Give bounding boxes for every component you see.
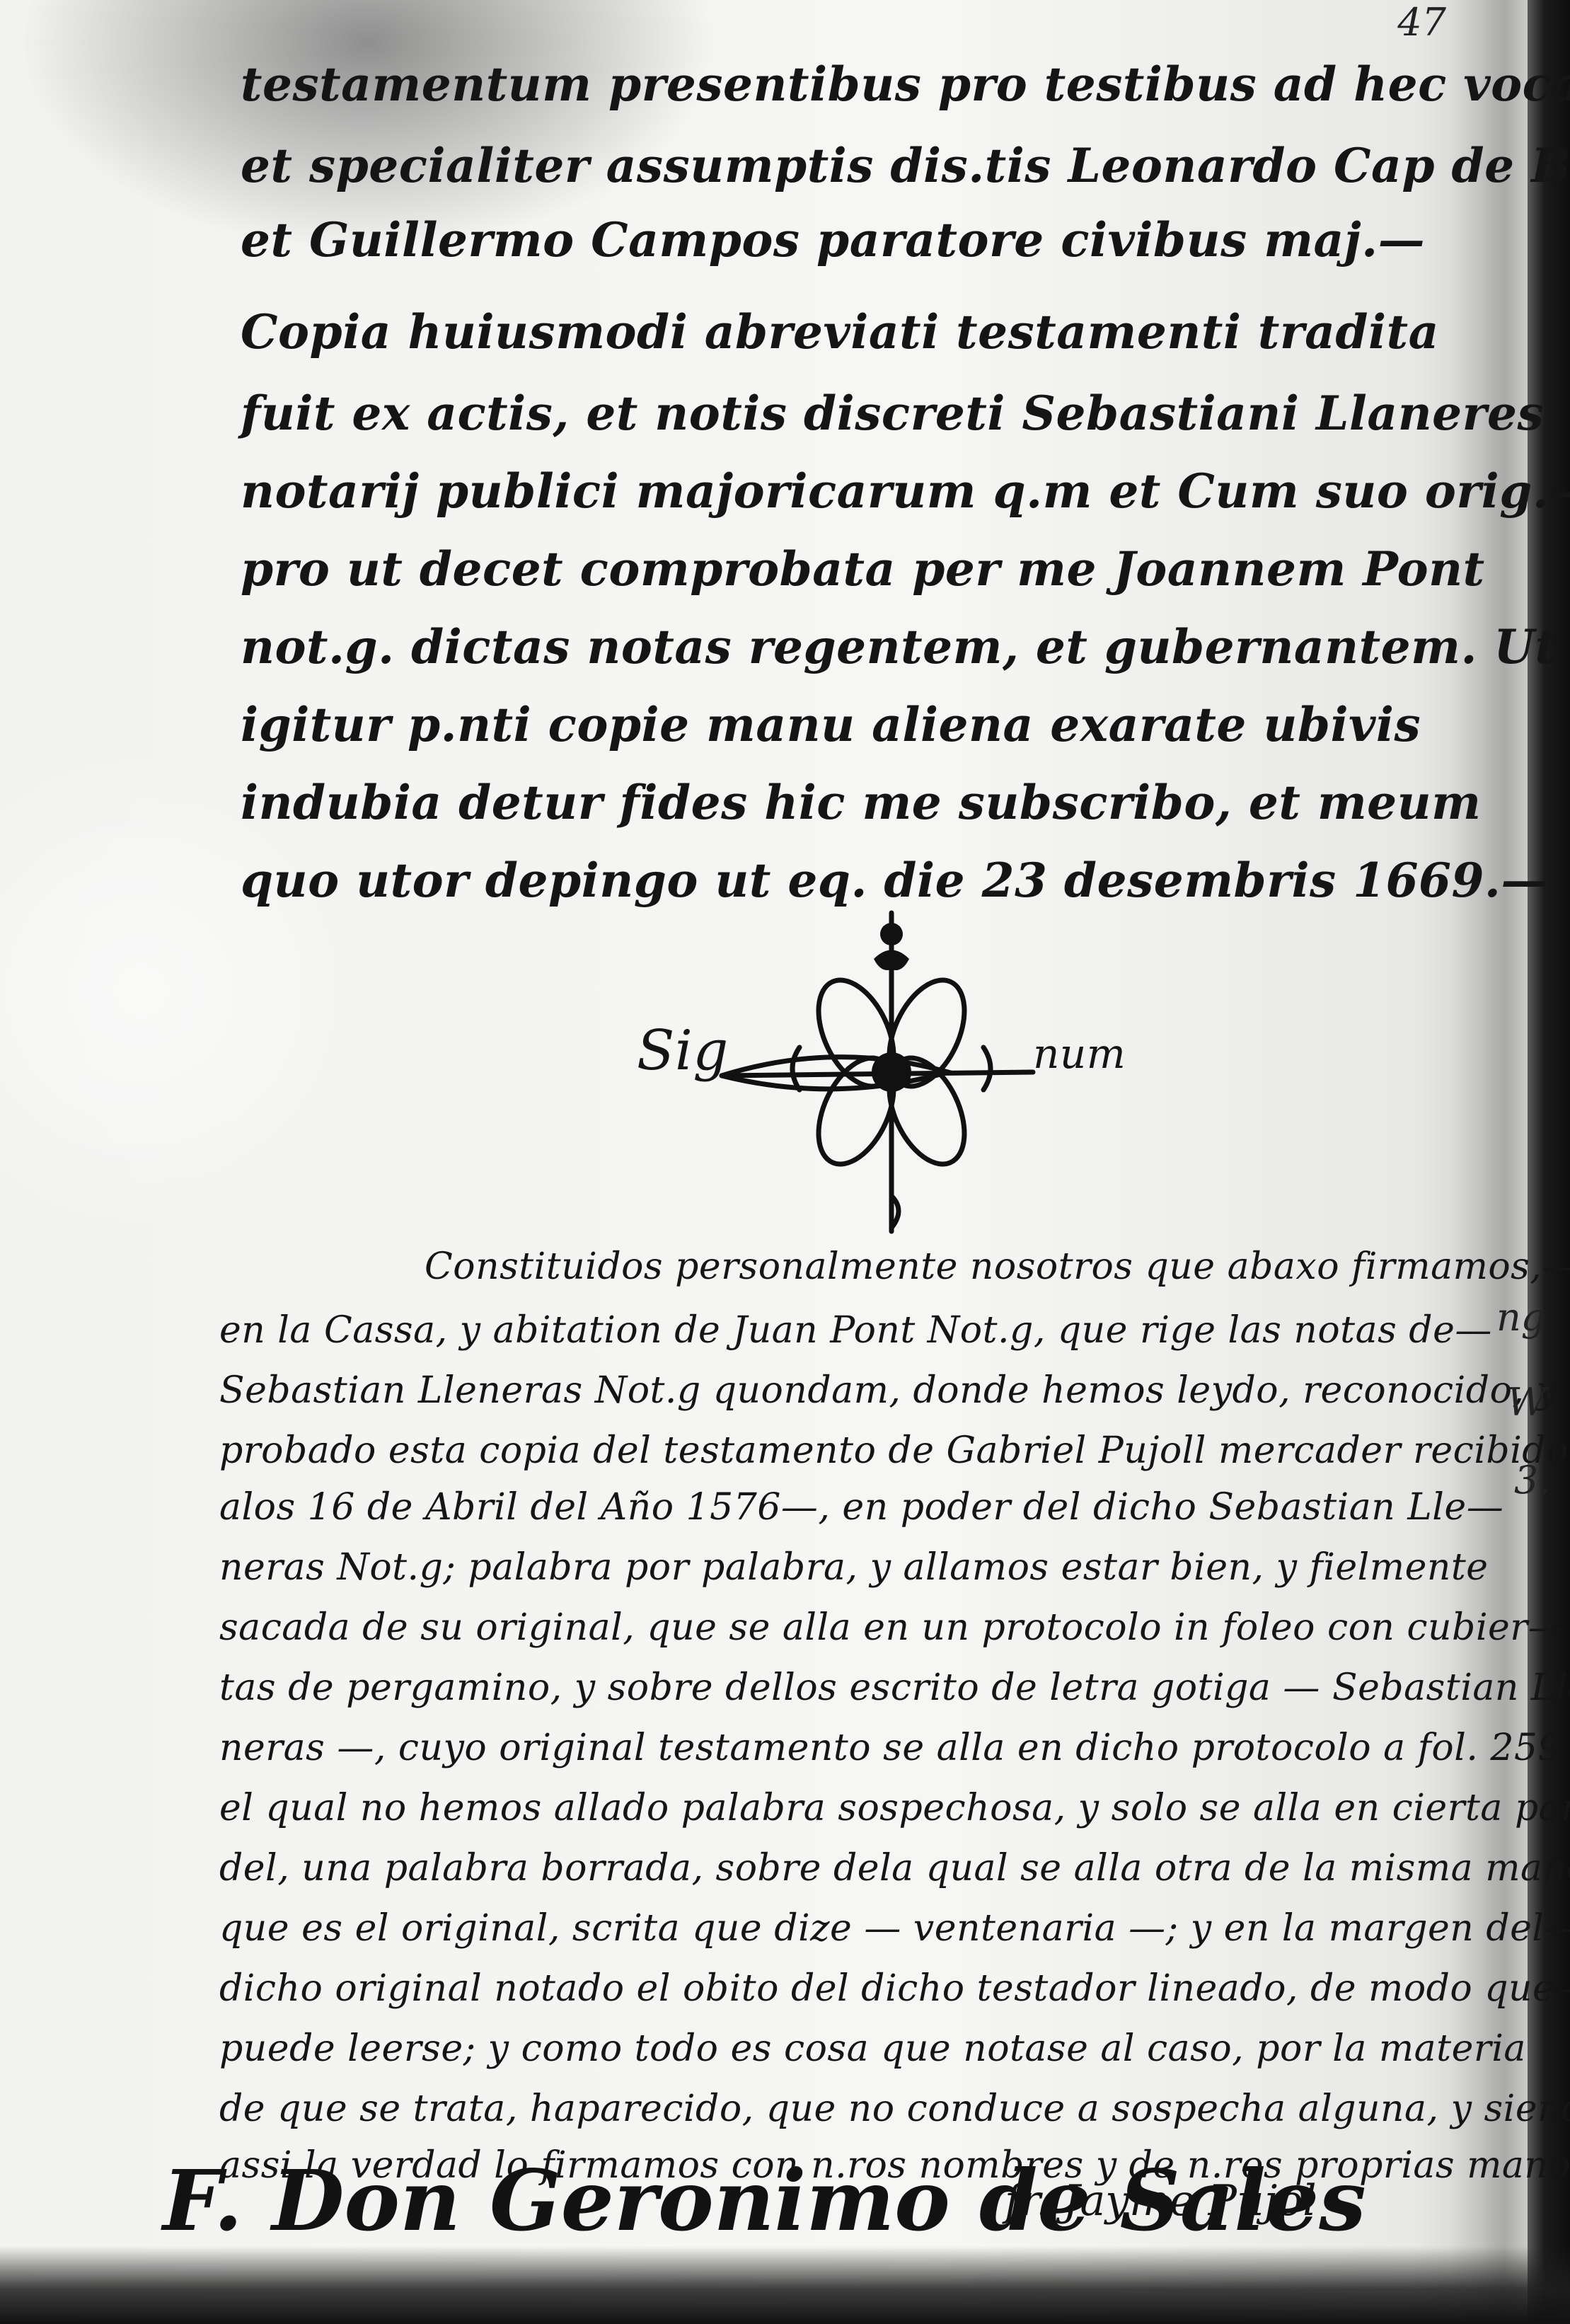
- notarial-signum: Sig num: [623, 899, 1231, 1238]
- spanish-line: Constituidos personalmente nosotros que …: [425, 1246, 1570, 1288]
- latin-line: fuit ex actis, et notis discreti Sebasti…: [241, 386, 1544, 441]
- signum-suffix: num: [1033, 1030, 1126, 1078]
- signum-prefix: Sig: [637, 1019, 729, 1083]
- latin-line: et specialiter assumptis dis.tis Leonard…: [241, 138, 1570, 193]
- spanish-line: dicho original notado el obito del dicho…: [219, 1967, 1570, 2010]
- latin-line: igitur p.nti copie manu aliena exarate u…: [241, 697, 1421, 752]
- latin-line: notarij publici majoricarum q.m et Cum s…: [241, 464, 1570, 519]
- spanish-line: tas de pergamino, y sobre dellos escrito…: [219, 1667, 1570, 1709]
- spanish-line: sacada de su original, que se alla en un…: [219, 1606, 1565, 1649]
- latin-line: testamentum presentibus pro testibus ad …: [241, 57, 1570, 112]
- spanish-line: que es el original, scrita que dize — ve…: [219, 1907, 1570, 1950]
- spanish-line: en la Cassa, y abitation de Juan Pont No…: [219, 1309, 1492, 1352]
- manuscript-page: 47 testamentum presentibus pro testibus …: [0, 0, 1570, 2324]
- margin-note: W: [1507, 1380, 1547, 1425]
- spanish-line: probado esta copia del testamento de Gab…: [219, 1430, 1569, 1472]
- spanish-line: de que se trata, haparecido, que no cond…: [219, 2088, 1570, 2130]
- margin-note: 3.: [1514, 1458, 1551, 1502]
- spanish-line: Sebastian Lleneras Not.g quondam, donde …: [219, 1369, 1570, 1412]
- spanish-line: del, una palabra borrada, sobre dela qua…: [219, 1847, 1570, 1889]
- spanish-line: neras —, cuyo original testamento se all…: [219, 1727, 1570, 1769]
- page-bottom-edge: [0, 2246, 1570, 2324]
- spanish-line: alos 16 de Abril del Año 1576—, en poder…: [219, 1486, 1503, 1529]
- spanish-line: puede leerse; y como todo es cosa que no…: [219, 2027, 1526, 2070]
- latin-line: indubia detur fides hic me subscribo, et…: [241, 775, 1482, 830]
- latin-line: pro ut decet comprobata per me Joannem P…: [241, 541, 1485, 597]
- spanish-line: neras Not.g; palabra por palabra, y alla…: [219, 1546, 1489, 1589]
- folio-number: 47: [1397, 0, 1446, 45]
- margin-note: ng: [1496, 1295, 1545, 1340]
- latin-line: et Guillermo Campos paratore civibus maj…: [241, 212, 1425, 268]
- signature-jayme-pujol: fr. Jayme Pujol: [1005, 2176, 1317, 2226]
- spanish-line: el qual no hemos allado palabra sospecho…: [219, 1787, 1570, 1829]
- latin-line: not.g. dictas notas regentem, et guberna…: [241, 619, 1557, 674]
- latin-line: Copia huiusmodi abreviati testamenti tra…: [241, 304, 1439, 359]
